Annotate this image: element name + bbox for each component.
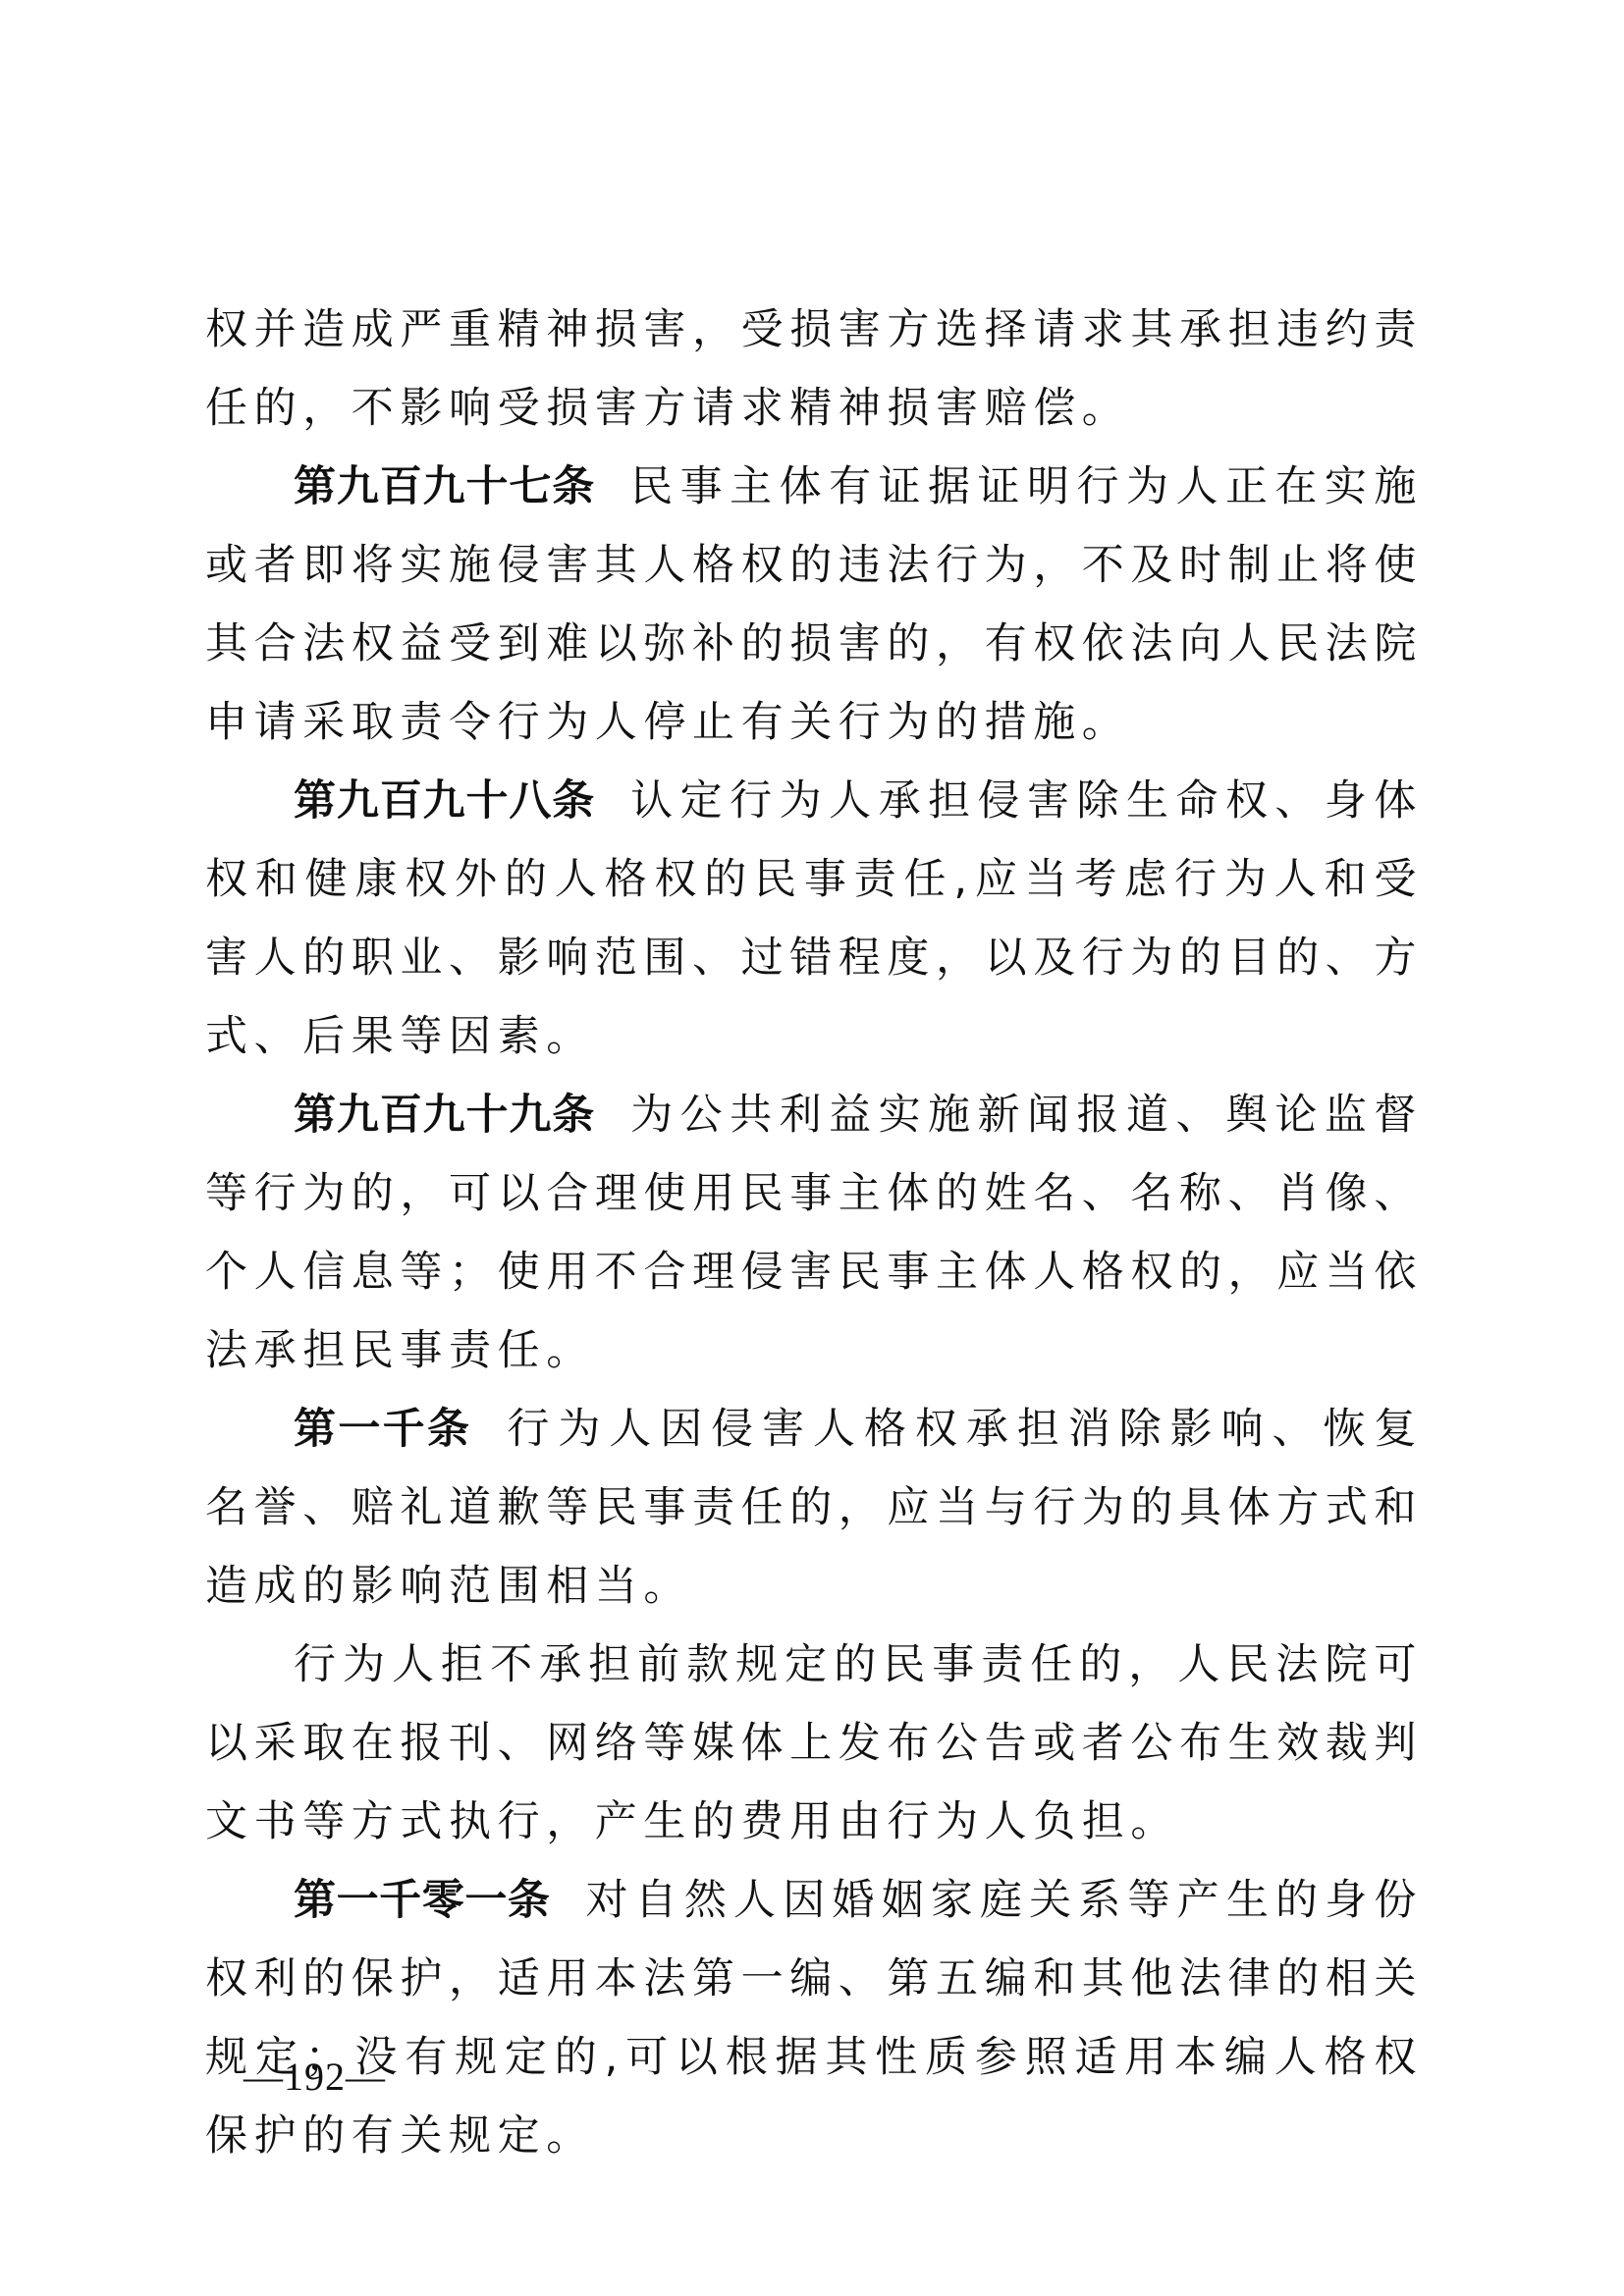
article-number: 第九百九十九条 [294, 1091, 595, 1140]
article-1000-paragraph-2: 行为人拒不承担前款规定的民事责任的，人民法院可以采取在报刊、网络等媒体上发布公告… [205, 1626, 1423, 1861]
paragraph-text: 权并造成严重精神损害，受损害方选择请求其承担违约责任的，不影响受损害方请求精神损… [205, 305, 1423, 433]
page-number: —192— [244, 2054, 386, 2100]
document-page: 权并造成严重精神损害，受损害方选择请求其承担违约责任的，不影响受损害方请求精神损… [205, 291, 1423, 2175]
article-998: 第九百九十八条认定行为人承担侵害除生命权、身体权和健康权外的人格权的民事责任,应… [205, 762, 1423, 1076]
paragraph-text: 行为人拒不承担前款规定的民事责任的，人民法院可以采取在报刊、网络等媒体上发布公告… [205, 1640, 1423, 1846]
article-number: 第一千条 [294, 1405, 471, 1454]
article-997: 第九百九十七条民事主体有证据证明行为人正在实施或者即将实施侵害其人格权的违法行为… [205, 448, 1423, 762]
article-1000: 第一千条行为人因侵害人格权承担消除影响、恢复名誉、赔礼道歉等民事责任的，应当与行… [205, 1390, 1423, 1626]
paragraph-continuation: 权并造成严重精神损害，受损害方选择请求其承担违约责任的，不影响受损害方请求精神损… [205, 291, 1423, 448]
article-1001: 第一千零一条对自然人因婚姻家庭关系等产生的身份权利的保护，适用本法第一编、第五编… [205, 1861, 1423, 2175]
article-number: 第九百九十七条 [294, 462, 595, 511]
article-999: 第九百九十九条为公共利益实施新闻报道、舆论监督等行为的，可以合理使用民事主体的姓… [205, 1076, 1423, 1390]
article-number: 第一千零一条 [294, 1876, 551, 1925]
article-number: 第九百九十八条 [294, 776, 595, 826]
